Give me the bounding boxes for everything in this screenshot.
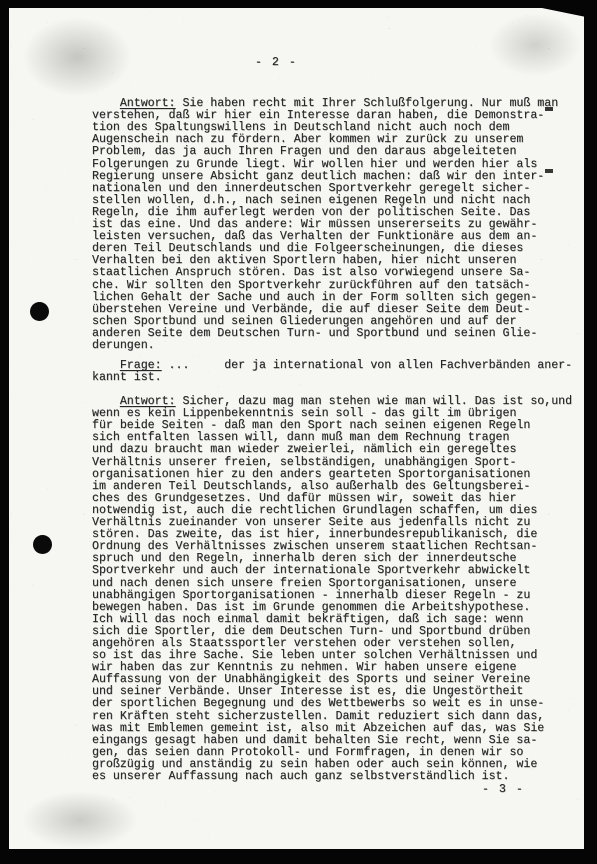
frame-top-right-wedge bbox=[542, 8, 586, 17]
scanned-document-view: - 2 - - 3 - Antwort: Sie haben recht mit… bbox=[0, 0, 597, 864]
frame-right-bar bbox=[584, 0, 597, 864]
paragraph-answer-1: Antwort: Sie haben recht mit Ihrer Schlu… bbox=[92, 86, 562, 376]
hole-punch-top bbox=[30, 302, 49, 321]
paragraph-answer-2: Antwort: Sicher, dazu mag man stehen wie… bbox=[92, 384, 562, 807]
page-number-top: - 2 - bbox=[255, 57, 297, 69]
paragraph-body: verstehen, daß wir hier ein Interesse da… bbox=[92, 110, 562, 352]
paragraph-body: kannt ist. bbox=[92, 372, 562, 384]
frame-left-bar bbox=[0, 6, 9, 864]
hole-punch-bottom bbox=[33, 535, 52, 554]
paragraph-first-line: ... der ja international von allen Fachv… bbox=[162, 359, 573, 372]
paragraph-label-antwort: Antwort: bbox=[120, 395, 176, 408]
paragraph-label-antwort: Antwort: bbox=[120, 97, 176, 110]
frame-bottom-bar bbox=[0, 849, 597, 864]
paragraph-first-line: Sie haben recht mit Ihrer Schlußfolgerun… bbox=[176, 97, 559, 110]
paragraph-body: wenn es kein Lippenbekenntnis sein soll … bbox=[92, 408, 562, 783]
frame-top-bar bbox=[0, 0, 597, 8]
paragraph-first-line: Sicher, dazu mag man stehen wie man will… bbox=[176, 395, 573, 408]
paragraph-label-frage: Frage: bbox=[120, 359, 162, 372]
